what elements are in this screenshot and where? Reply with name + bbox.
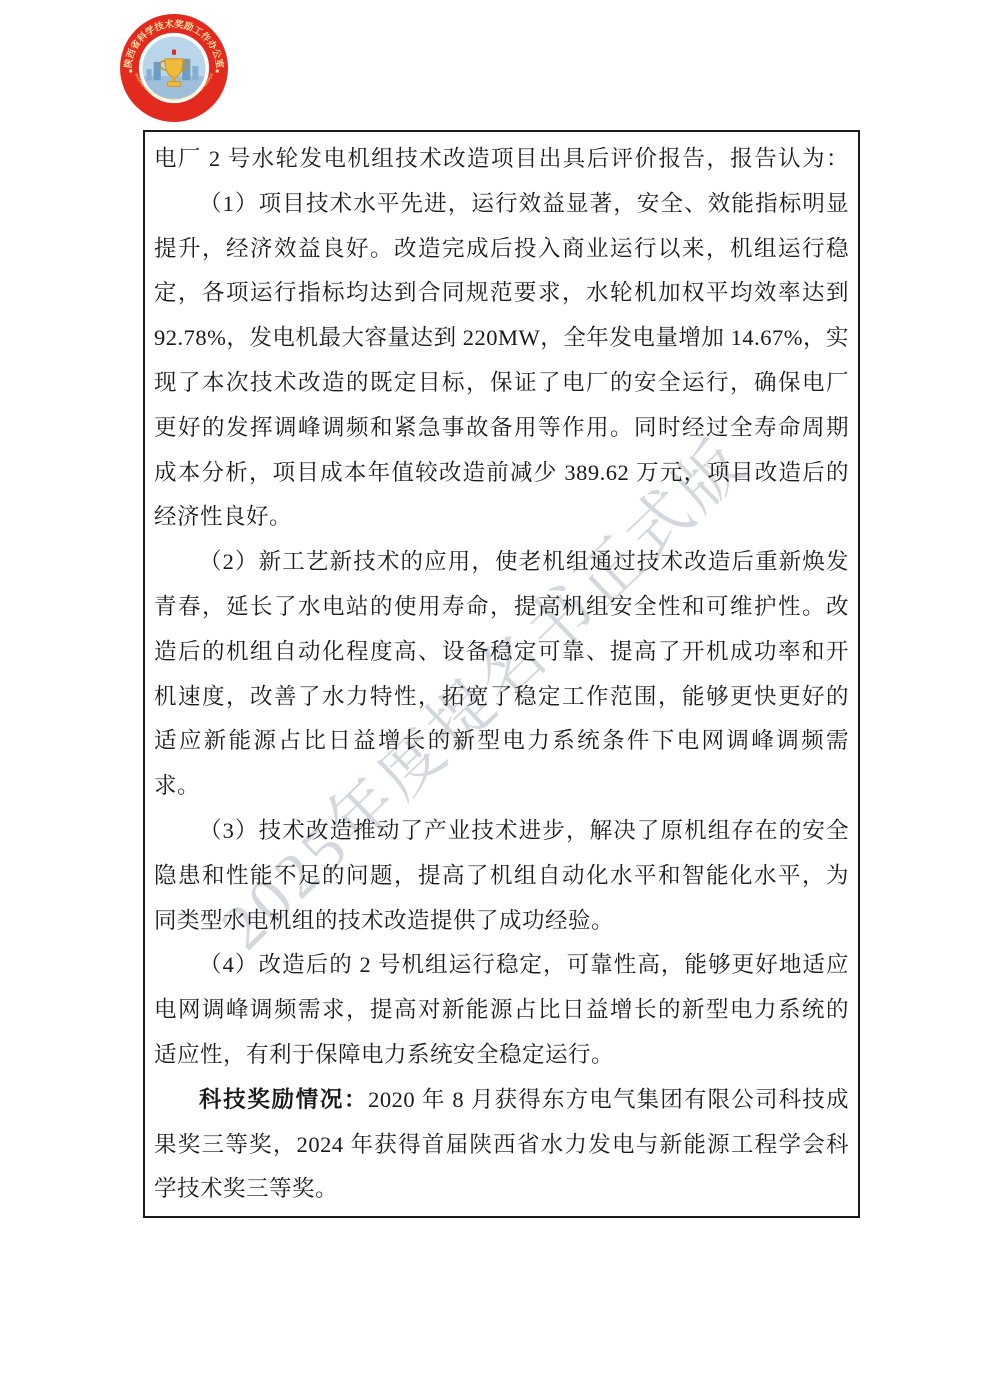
text-line: 青春，延长了水电站的使用寿命，提高机组安全性和可维护性。改 — [154, 585, 849, 630]
seal-flag-icon — [172, 50, 176, 55]
text-line: 电网调峰调频需求，提高对新能源占比日益增长的新型电力系统的 — [154, 988, 849, 1033]
text-line: （2）新工艺新技术的应用，使老机组通过技术改造后重新焕发 — [154, 540, 849, 585]
text-line: 提升，经济效益良好。改造完成后投入商业运行以来，机组运行稳 — [154, 227, 849, 272]
text-line: 求。 — [154, 764, 849, 809]
text-line: （4）改造后的 2 号机组运行稳定，可靠性高，能够更好地适应 — [154, 943, 849, 988]
award-section-label: 科技奖励情况： — [199, 1087, 368, 1112]
text-line: 电厂 2 号水轮发电机组技术改造项目出具后评价报告，报告认为： — [154, 137, 849, 182]
text-line: 造后的机组自动化程度高、设备稳定可靠、提高了开机成功率和开 — [154, 630, 849, 675]
text-line: （1）项目技术水平先进，运行效益显著，安全、效能指标明显 — [154, 182, 849, 227]
text-line: 更好的发挥调峰调频和紧急事故备用等作用。同时经过全寿命周期 — [154, 406, 849, 451]
seal-dot-left — [129, 69, 132, 72]
text-line: （3）技术改造推动了产业技术进步，解决了原机组存在的安全 — [154, 809, 849, 854]
text-line: 机速度，改善了水力特性，拓宽了稳定工作范围，能够更快更好的 — [154, 675, 849, 720]
text-line: 隐患和性能不足的问题，提高了机组自动化水平和智能化水平，为 — [154, 854, 849, 899]
seal-dot-right — [216, 69, 219, 72]
text-line: 经济性良好。 — [154, 495, 849, 540]
text-line: 92.78%，发电机最大容量达到 220MW，全年发电量增加 14.67%，实 — [154, 316, 849, 361]
text-line: 科技奖励情况：2020 年 8 月获得东方电气集团有限公司科技成 — [154, 1078, 849, 1123]
seal-center-image — [142, 36, 205, 99]
text-line: 适应新能源占比日益增长的新型电力系统条件下电网调峰调频需 — [154, 719, 849, 764]
report-table-cell: 电厂 2 号水轮发电机组技术改造项目出具后评价报告，报告认为：（1）项目技术水平… — [143, 130, 860, 1218]
text-line: 适应性，有利于保障电力系统安全稳定运行。 — [154, 1033, 849, 1078]
text-line: 成本分析，项目成本年值较改造前减少 389.62 万元，项目改造后的 — [154, 451, 849, 496]
text-line: 同类型水电机组的技术改造提供了成功经验。 — [154, 899, 849, 944]
page: { "seal": { "ring_text_top": "陕西省科学技术奖励工… — [0, 0, 990, 1399]
text-line: 学技术奖三等奖。 — [154, 1167, 849, 1212]
text-line: 定，各项运行指标均达到合同规范要求，水轮机加权平均效率达到 — [154, 271, 849, 316]
org-seal: 陕西省科学技术奖励工作办公室 SHAANXI OFFICE OF SCIENCE… — [119, 13, 229, 123]
text-line: 现了本次技术改造的既定目标，保证了电厂的安全运行，确保电厂 — [154, 361, 849, 406]
doc-body: 电厂 2 号水轮发电机组技术改造项目出具后评价报告，报告认为：（1）项目技术水平… — [154, 137, 849, 1212]
text-line: 果奖三等奖，2024 年获得首届陕西省水力发电与新能源工程学会科 — [154, 1123, 849, 1168]
